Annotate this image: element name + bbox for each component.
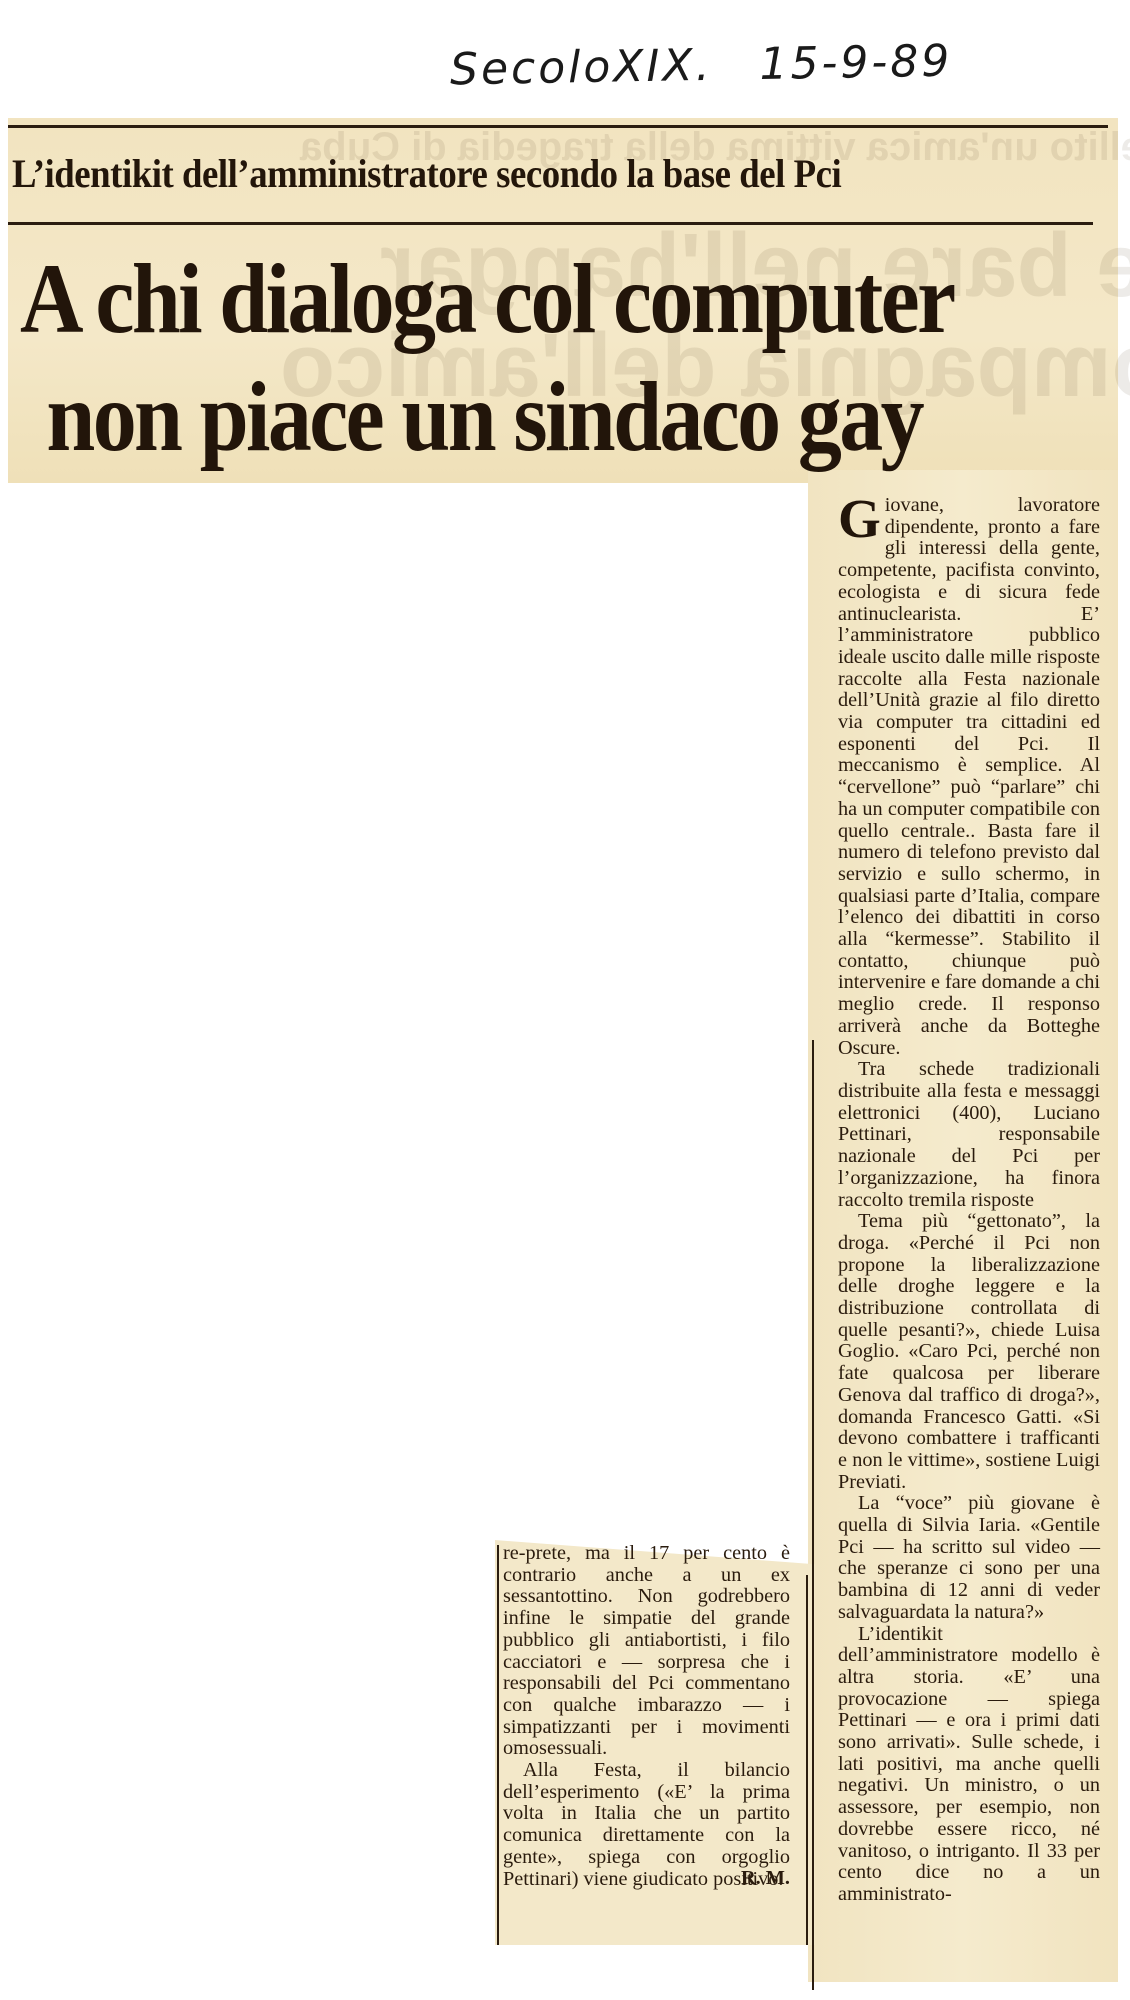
top-rule <box>8 125 1108 128</box>
paragraph: L’identikit dell’amministratore modello … <box>838 1624 1100 1906</box>
kicker-bottom-rule <box>8 222 1093 225</box>
article-kicker: L’identikit dell’amministratore secondo … <box>12 150 1006 197</box>
paragraph: Tra schede tradizionali distribuite alla… <box>838 1059 1100 1211</box>
column-left-border <box>497 1545 499 1945</box>
paragraph-text: iovane, lavoratore dipendente, pronto a … <box>838 494 1100 1059</box>
paragraph: La “voce” più giovane è quella di Silvia… <box>838 1493 1100 1623</box>
drop-cap: G <box>838 497 881 541</box>
paragraph: Giovane, lavoratore dipendente, pronto a… <box>838 495 1100 1059</box>
handwritten-source: SecoloXIX. <box>450 40 713 96</box>
article-headline: A chi dialoga col computer non piace un … <box>20 240 988 476</box>
handwritten-date: 15-9-89 <box>759 36 953 90</box>
handwritten-source-note: SecoloXIX. 15-9-89 <box>450 36 953 96</box>
column-separator <box>812 1040 814 1990</box>
column-right-border <box>806 1575 808 1945</box>
headline-line-2: non piace un sindaco gay <box>20 358 988 476</box>
article-right-column: Giovane, lavoratore dipendente, pronto a… <box>838 495 1100 1906</box>
headline-line-1: A chi dialoga col computer <box>20 243 954 354</box>
paragraph: Tema più “gettonato”, la droga. «Perché … <box>838 1211 1100 1493</box>
paragraph: re-prete, ma il 17 per cento è contrario… <box>503 1543 790 1760</box>
article-continuation-column: re-prete, ma il 17 per cento è contrario… <box>503 1543 790 1890</box>
